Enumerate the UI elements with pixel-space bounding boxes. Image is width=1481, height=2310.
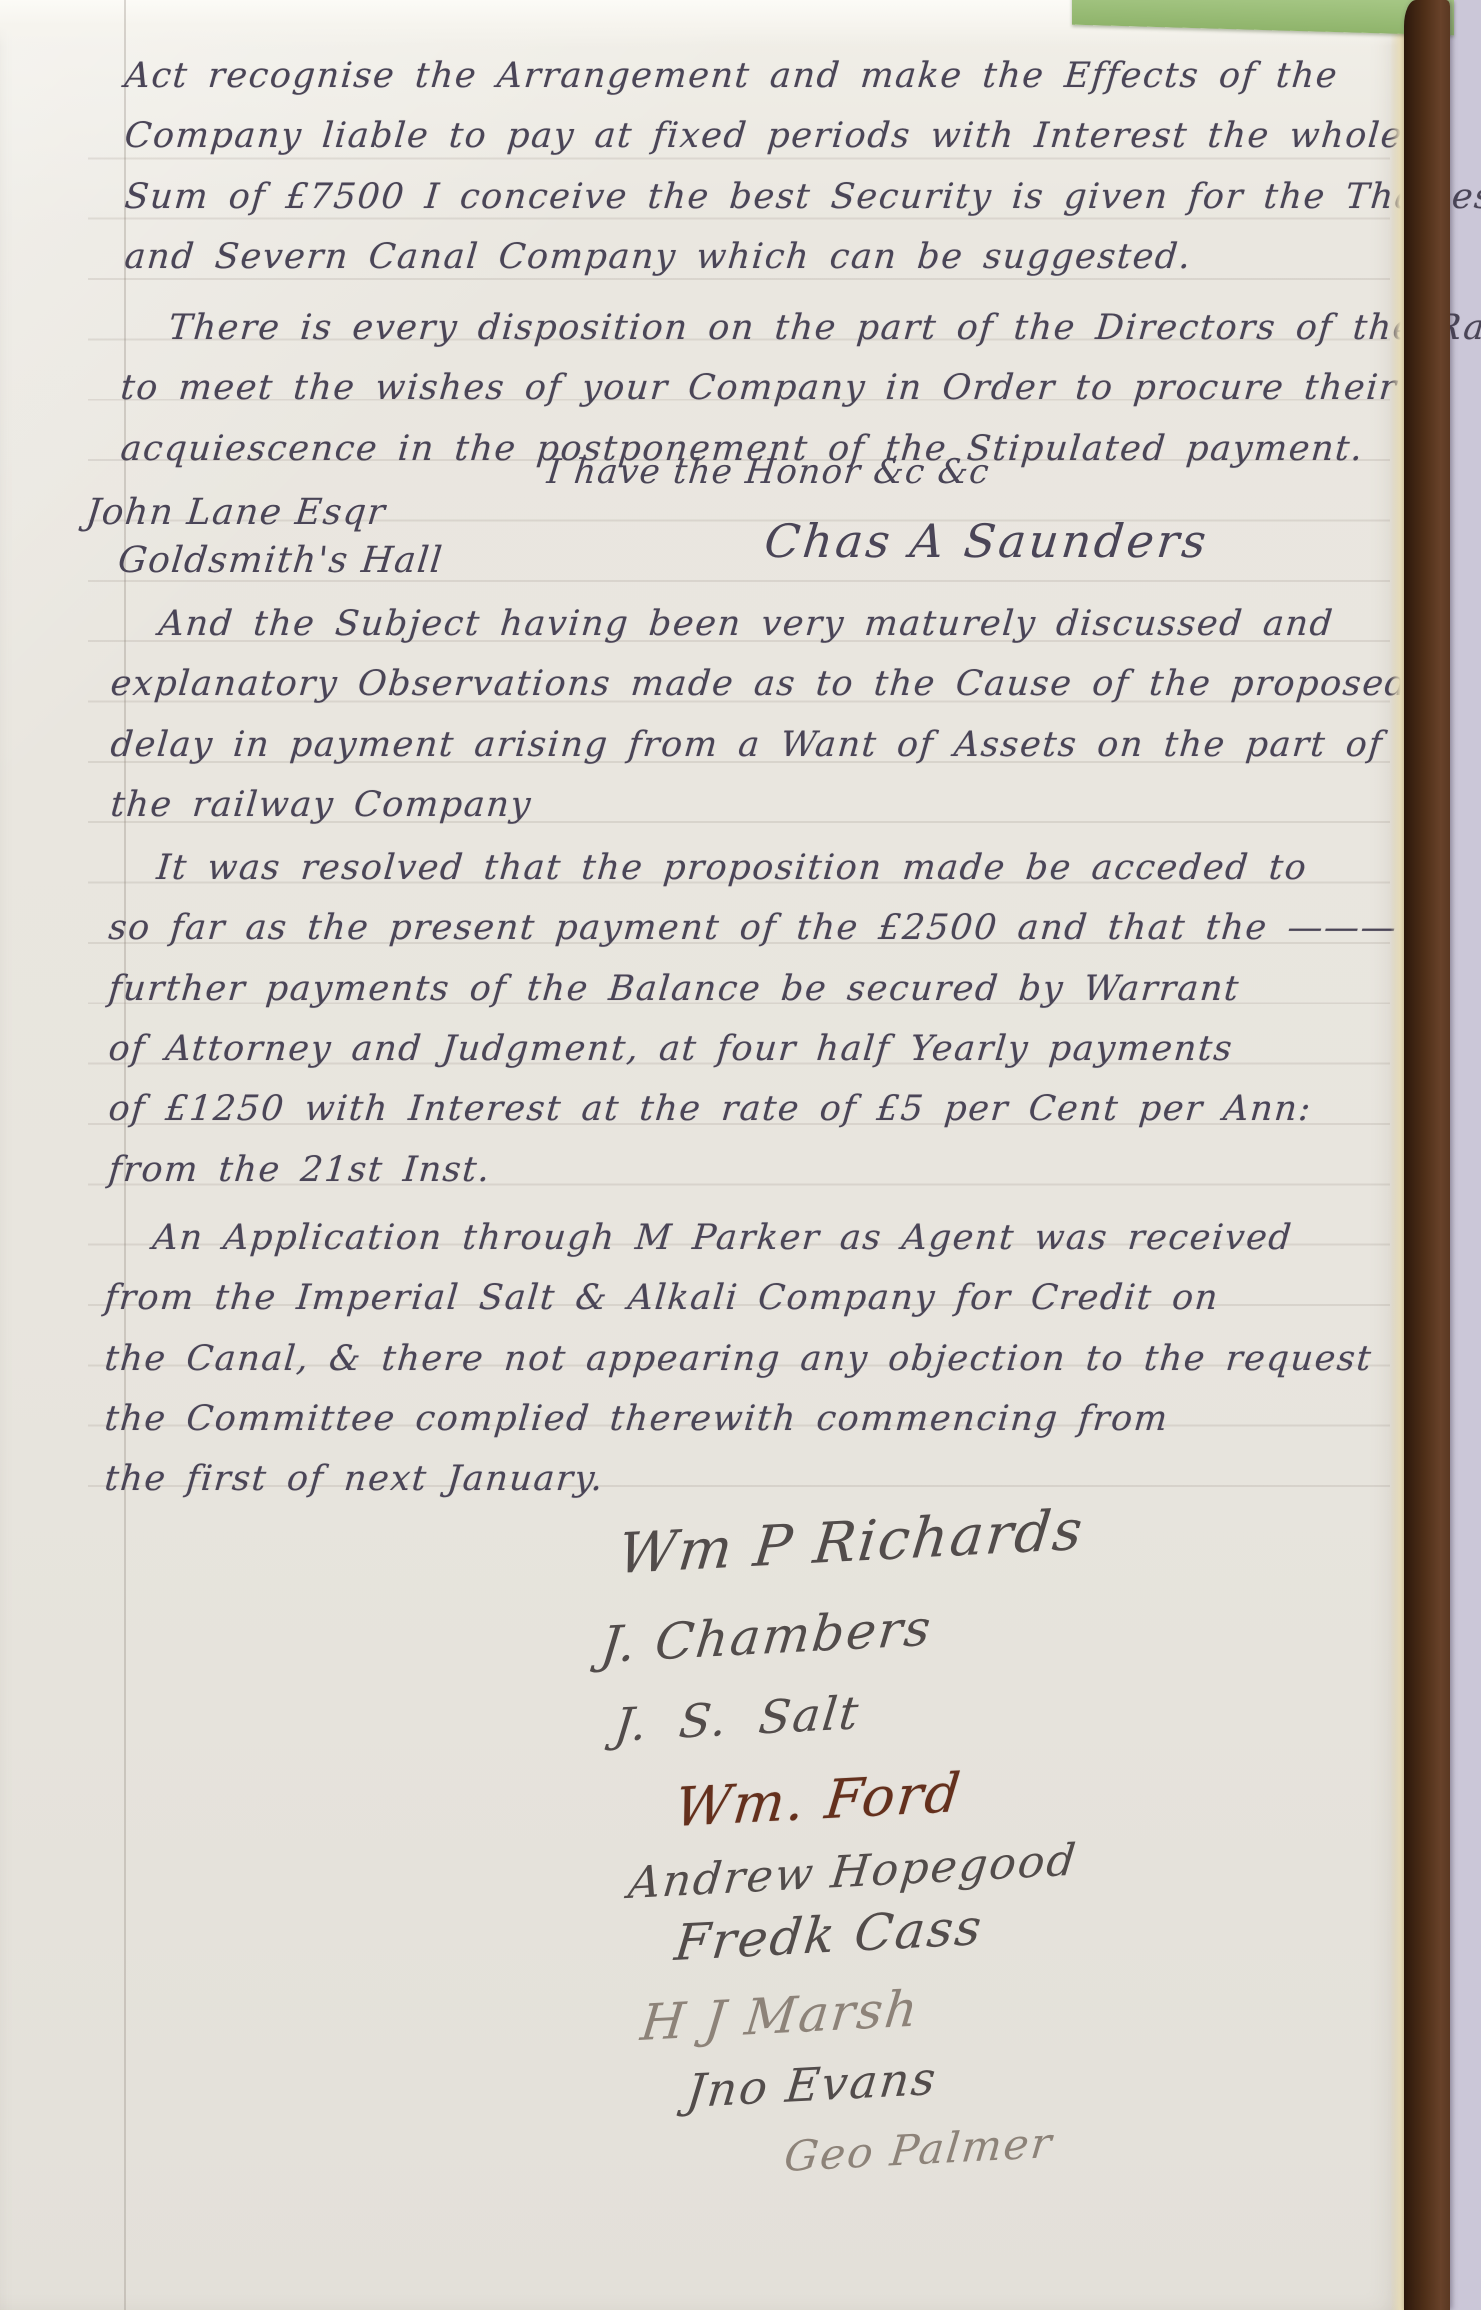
manuscript-line: Company liable to pay at fixed periods w… — [122, 106, 1481, 166]
book-cover-edge — [1404, 0, 1450, 2310]
manuscript-line: An Application through M Parker as Agent… — [150, 1208, 1375, 1268]
manuscript-line: explanatory Observations made as to the … — [108, 654, 1411, 714]
manuscript-line: from the Imperial Salt & Alkali Company … — [102, 1268, 1375, 1328]
manuscript-line: from the 21st Inst. — [106, 1140, 1400, 1200]
signature: Wm. Ford — [672, 1761, 965, 1839]
photo-backdrop: Act recognise the Arrangement and make t… — [0, 0, 1481, 2310]
paragraph-act-recognise: Act recognise the Arrangement and make t… — [122, 46, 1481, 287]
manuscript-line: Act recognise the Arrangement and make t… — [122, 46, 1481, 106]
signature: Geo Palmer — [782, 2118, 1056, 2181]
paragraph-subject-discussed: And the Subject having been very maturel… — [108, 594, 1406, 835]
manuscript-line: to meet the wishes of your Company in Or… — [118, 358, 1481, 418]
signature: H J Marsh — [638, 1980, 922, 2052]
paragraph-application: An Application through M Parker as Agent… — [102, 1208, 1370, 1510]
paragraph-resolution: It was resolved that the proposition mad… — [106, 838, 1395, 1200]
manuscript-line: so far as the present payment of the £25… — [106, 898, 1400, 958]
manuscript-line: the first of next January. — [102, 1449, 1375, 1509]
letter-signatory: Chas A Saunders — [762, 514, 1211, 568]
addressee-place: Goldsmith's Hall — [116, 540, 445, 581]
manuscript-line: further payments of the Balance be secur… — [106, 959, 1400, 1019]
signature: Wm P Richards — [615, 1498, 1087, 1587]
manuscript-line: the railway Company — [108, 775, 1411, 835]
signature: J. S. Salt — [612, 1685, 863, 1752]
letter-valediction: I have the Honor &c &c — [545, 452, 992, 492]
manuscript-line: It was resolved that the proposition mad… — [154, 838, 1400, 898]
signature: Andrew Hopegood — [626, 1835, 1080, 1909]
manuscript-line: delay in payment arising from a Want of … — [108, 715, 1411, 775]
manuscript-line: of £1250 with Interest at the rate of £5… — [106, 1079, 1400, 1139]
manuscript-line: Sum of £7500 I conceive the best Securit… — [122, 167, 1481, 227]
manuscript-line: and Severn Canal Company which can be su… — [122, 227, 1481, 287]
manuscript-line: There is every disposition on the part o… — [166, 298, 1481, 358]
signature: Fredk Cass — [672, 1898, 986, 1972]
manuscript-line: of Attorney and Judgment, at four half Y… — [106, 1019, 1400, 1079]
addressee-name: John Lane Esqr — [84, 492, 388, 533]
manuscript-line: the Committee complied therewith commenc… — [102, 1389, 1375, 1449]
manuscript-page: Act recognise the Arrangement and make t… — [0, 0, 1404, 2310]
signature: Jno Evans — [684, 2051, 940, 2118]
manuscript-line: the Canal, & there not appearing any obj… — [102, 1329, 1375, 1389]
manuscript-line: And the Subject having been very maturel… — [156, 594, 1411, 654]
signature: J. Chambers — [598, 1599, 935, 1674]
